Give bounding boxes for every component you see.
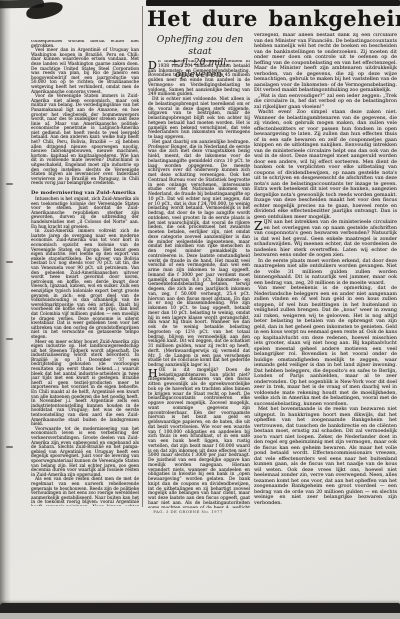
paragraph-dropcap: HOE is dit mogelijk? Doen de belastingam…: [148, 369, 250, 508]
column-divider-rule: [142, 6, 143, 507]
main-article-column-2: verzegeld, maar alleen bestaat dank zij …: [254, 33, 397, 508]
scan-edge-left: [0, 0, 11, 619]
section-heading: De modernisering van Zuid-Amerika: [31, 191, 139, 196]
paragraph: Als een van deze resten dient men de met…: [31, 478, 139, 506]
page-footer: PAG. 3 DE GROENE No. 1977: [140, 509, 236, 514]
paragraph: „Wat is dan eenvoudiger?” zal een ieder …: [254, 94, 397, 111]
article-title: Het dure bankgeheim: [147, 6, 399, 31]
paragraph: In Zuid-Amerika immers voltrekt zich de …: [31, 230, 139, 340]
paragraph-text: IJN aan het intrekken van de ministeriee…: [254, 219, 397, 258]
left-article-column: consequenties worden hieruit echter niet…: [31, 40, 139, 506]
subtitle-line: Opheffing zou den staat: [147, 34, 253, 57]
paragraph: Veel meer dan in Argentinië of Uruguay k…: [31, 49, 139, 95]
paragraph-text: OE is dit mogelijk? Doen de belastingamb…: [148, 368, 250, 508]
paragraph: Voorwaarde tot de moderniseering van het…: [31, 428, 139, 479]
newspaper-page: consequenties worden hieruit echter niet…: [0, 0, 400, 619]
paragraph: Het gaat daarbij om aanzienlijke bedrage…: [148, 141, 250, 369]
paragraph: Intusschen is het onjuist, zich Zuid-Ame…: [31, 198, 139, 230]
main-article-column-1: DE inwoners van Nederland hebben in 1938…: [148, 60, 250, 508]
paragraph-dropcap: DE inwoners van Nederland hebben in 1938…: [148, 60, 250, 98]
paragraph: Van meer beteekenis is de opmerking, dat…: [254, 286, 397, 407]
paragraph: verzegeld, maar alleen bestaat dank zij …: [254, 33, 397, 94]
paragraph: Met het bovenstaande is de reeks van bez…: [254, 407, 397, 506]
paragraph-text: E inwoners van Nederland hebben in 1938 …: [148, 60, 250, 97]
paragraph: In de eerste plaats moet worden erkend, …: [254, 259, 397, 287]
paragraph: Dit is echter niet voldoende. Niet allee…: [148, 98, 250, 141]
paragraph: Voor de Vereenigde Staten immers is Zuid…: [31, 95, 139, 187]
paragraph: Wacht even! Zoo simpel staan deze zaken …: [254, 110, 397, 220]
paragraph-dropcap: ZIJN aan het intrekken van de ministerie…: [254, 220, 397, 259]
paragraph: Meer en meer echter bouwt Zuid-Amerika z…: [31, 341, 139, 428]
scan-bottom-shadow: [0, 613, 400, 619]
